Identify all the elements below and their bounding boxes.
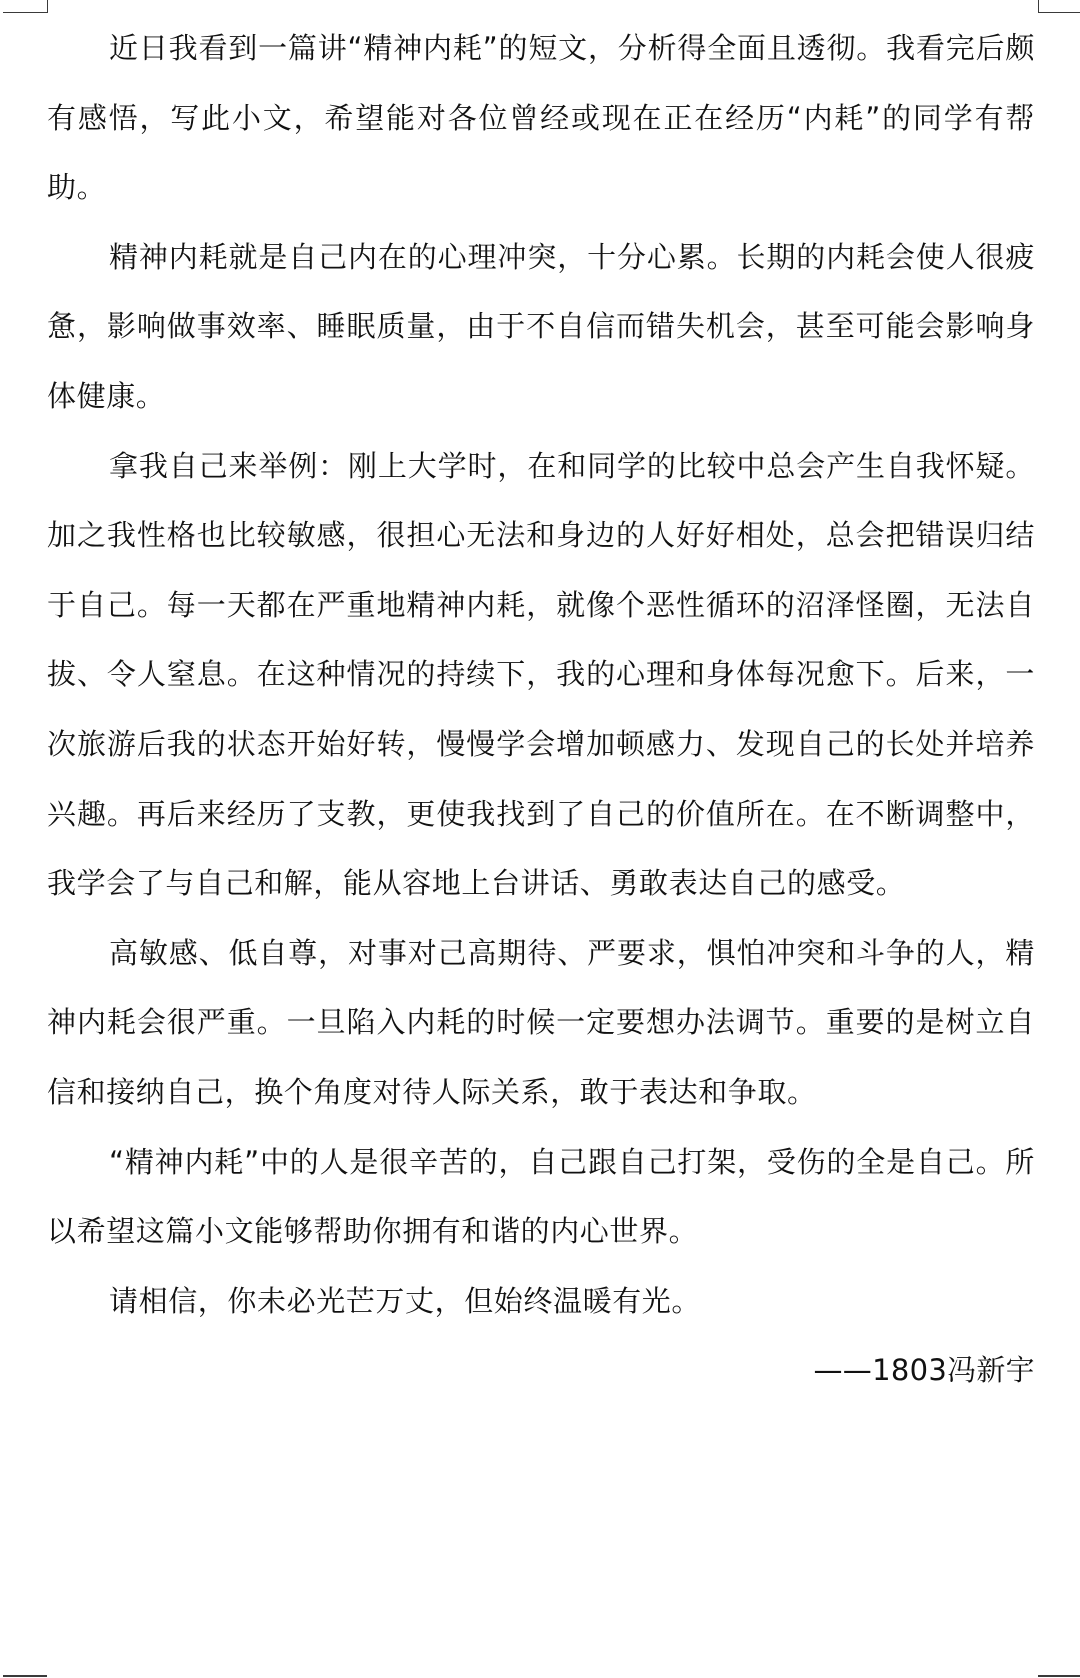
crop-mark-bottom-left [3, 1675, 47, 1677]
crop-mark-top-right [1038, 0, 1080, 13]
document-body: 近日我看到一篇讲“精神内耗”的短文，分析得全面且透彻。我看完后颇有感悟，写此小文… [47, 14, 1035, 1406]
paragraph-personal-example: 拿我自己来举例：刚上大学时，在和同学的比较中总会产生自我怀疑。加之我性格也比较敏… [47, 432, 1035, 919]
paragraph-intro: 近日我看到一篇讲“精神内耗”的短文，分析得全面且透彻。我看完后颇有感悟，写此小文… [47, 14, 1035, 223]
crop-mark-bottom-right [1038, 1675, 1080, 1677]
paragraph-closing-line: 请相信，你未必光芒万丈，但始终温暖有光。 [47, 1267, 1035, 1337]
author-signature: ——1803冯新宇 [47, 1336, 1035, 1406]
paragraph-conclusion: “精神内耗”中的人是很辛苦的，自己跟自己打架，受伤的全是自己。所以希望这篇小文能… [47, 1128, 1035, 1267]
paragraph-advice: 高敏感、低自尊，对事对己高期待、严要求，惧怕冲突和斗争的人，精神内耗会很严重。一… [47, 919, 1035, 1128]
document-page: 近日我看到一篇讲“精神内耗”的短文，分析得全面且透彻。我看完后颇有感悟，写此小文… [0, 0, 1080, 1678]
paragraph-definition: 精神内耗就是自己内在的心理冲突，十分心累。长期的内耗会使人很疲惫，影响做事效率、… [47, 223, 1035, 432]
crop-mark-top-left [3, 0, 48, 13]
